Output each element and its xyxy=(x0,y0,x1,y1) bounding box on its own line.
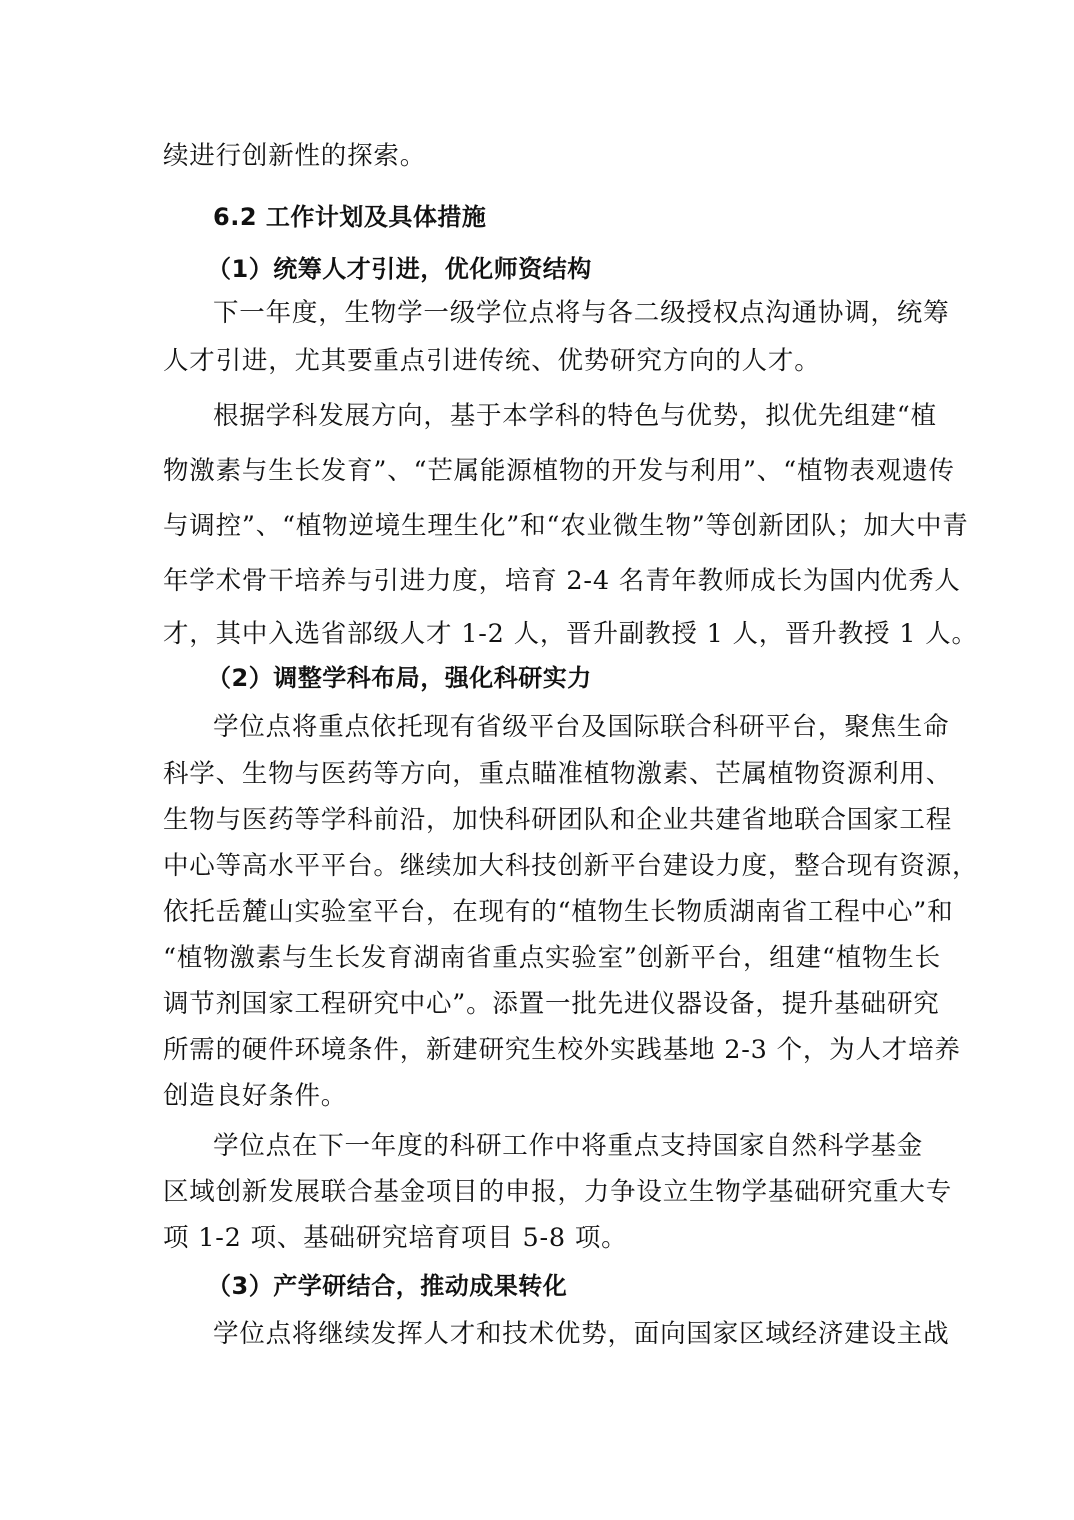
paragraph-line: 所需的硬件环境条件，新建研究生校外实践基地 2-3 个，为人才培养 xyxy=(163,1034,915,1066)
paragraph-line: 科学、生物与医药等方向，重点瞄准植物激素、芒属植物资源利用、 xyxy=(163,758,915,790)
paragraph-line: 创造良好条件。 xyxy=(163,1080,915,1112)
paragraph-line: 与调控”、“植物逆境生理生化”和“农业微生物”等创新团队；加大中青 xyxy=(163,510,915,542)
document-page: 续进行创新性的探索。 6.2 工作计划及具体措施 （1）统筹人才引进，优化师资结… xyxy=(0,0,1074,1520)
paragraph-line: 学位点将重点依托现有省级平台及国际联合科研平台，聚焦生命 xyxy=(213,711,915,743)
paragraph-line: 根据学科发展方向，基于本学科的特色与优势，拟优先组建“植 xyxy=(213,400,915,432)
paragraph-line: 下一年度，生物学一级学位点将与各二级授权点沟通协调，统筹 xyxy=(213,297,915,329)
paragraph-line: 区域创新发展联合基金项目的申报，力争设立生物学基础研究重大专 xyxy=(163,1176,915,1208)
paragraph-line: 物激素与生长发育”、“芒属能源植物的开发与利用”、“植物表观遗传 xyxy=(163,455,915,487)
paragraph-line: 续进行创新性的探索。 xyxy=(163,140,915,172)
subsection-heading-2: （2）调整学科布局，强化科研实力 xyxy=(207,662,592,694)
paragraph-line: 中心等高水平平台。继续加大科技创新平台建设力度，整合现有资源， xyxy=(163,850,915,882)
subsection-heading-3: （3）产学研结合，推动成果转化 xyxy=(207,1270,567,1302)
paragraph-line: “植物激素与生长发育湖南省重点实验室”创新平台，组建“植物生长 xyxy=(163,942,915,974)
subsection-heading-1: （1）统筹人才引进，优化师资结构 xyxy=(207,253,592,285)
paragraph-line: 依托岳麓山实验室平台，在现有的“植物生长物质湖南省工程中心”和 xyxy=(163,896,915,928)
paragraph-line: 才，其中入选省部级人才 1-2 人，晋升副教授 1 人，晋升教授 1 人。 xyxy=(163,618,915,650)
paragraph-line: 学位点将继续发挥人才和技术优势，面向国家区域经济建设主战 xyxy=(213,1318,915,1350)
paragraph-line: 年学术骨干培养与引进力度，培育 2-4 名青年教师成长为国内优秀人 xyxy=(163,565,915,597)
paragraph-line: 项 1-2 项、基础研究培育项目 5-8 项。 xyxy=(163,1222,915,1254)
paragraph-line: 生物与医药等学科前沿，加快科研团队和企业共建省地联合国家工程 xyxy=(163,804,915,836)
paragraph-line: 人才引进，尤其要重点引进传统、优势研究方向的人才。 xyxy=(163,345,915,377)
paragraph-line: 学位点在下一年度的科研工作中将重点支持国家自然科学基金 xyxy=(213,1130,915,1162)
paragraph-line: 调节剂国家工程研究中心”。添置一批先进仪器设备，提升基础研究 xyxy=(163,988,915,1020)
section-heading: 6.2 工作计划及具体措施 xyxy=(213,201,486,233)
